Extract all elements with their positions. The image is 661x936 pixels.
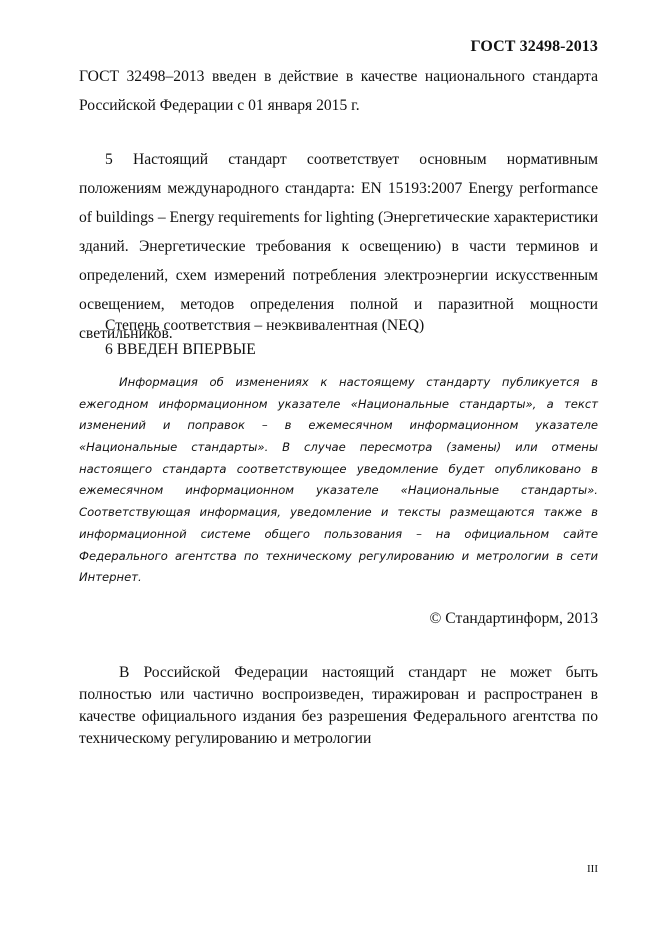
document-page: ГОСТ 32498-2013 ГОСТ 32498–2013 введен в… bbox=[0, 0, 661, 936]
rights-line: качестве официального издания без разреш… bbox=[79, 706, 598, 728]
info-line: «Национальные стандарты». В случае перес… bbox=[79, 437, 598, 459]
intro-paragraph: ГОСТ 32498–2013 введен в действие в каче… bbox=[79, 62, 598, 120]
item-6-heading: 6 ВВЕДЕН ВПЕРВЫЕ bbox=[105, 338, 256, 362]
info-line: изменений и поправок – в ежемесячном инф… bbox=[79, 415, 598, 437]
info-line: ежемесячном информационном указателе «На… bbox=[79, 480, 598, 502]
rights-line: техническому регулированию и метрологии bbox=[79, 728, 598, 750]
reproduction-rights-notice: В Российской Федерации настоящий стандар… bbox=[79, 662, 598, 750]
amendments-info-notice: Информация об изменениях к настоящему ст… bbox=[79, 372, 598, 589]
intro-line: Российской Федерации с 01 января 2015 г. bbox=[79, 91, 598, 120]
info-line: ежегодном информационном указателе «Наци… bbox=[79, 394, 598, 416]
rights-line: полностью или частично воспроизведен, ти… bbox=[79, 684, 598, 706]
document-code-header: ГОСТ 32498-2013 bbox=[471, 38, 598, 56]
copyright-notice: © Стандартинформ, 2013 bbox=[430, 607, 598, 631]
rights-line: В Российской Федерации настоящий стандар… bbox=[79, 662, 598, 684]
info-line: Федерального агентства по техническому р… bbox=[79, 546, 598, 568]
info-line: информационной системе общего пользовани… bbox=[79, 524, 598, 546]
info-line: Информация об изменениях к настоящему ст… bbox=[79, 372, 598, 394]
item-5-line: положениям международного стандарта: EN … bbox=[79, 174, 598, 203]
page-number: III bbox=[587, 863, 598, 875]
info-line: Интернет. bbox=[79, 567, 598, 589]
info-line: Соответствующая информация, уведомление … bbox=[79, 502, 598, 524]
item-5-line: 5 Настоящий стандарт соответствует основ… bbox=[79, 145, 598, 174]
item-5-line: определений, схем измерений потребления … bbox=[79, 261, 598, 290]
intro-line: ГОСТ 32498–2013 введен в действие в каче… bbox=[79, 62, 598, 91]
item-5-line: of buildings – Energy requirements for l… bbox=[79, 203, 598, 232]
item-5-line: зданий. Энергетические требования к осве… bbox=[79, 232, 598, 261]
info-line: настоящего стандарта соответствующее уве… bbox=[79, 459, 598, 481]
conformity-degree: Степень соответствия – неэквивалентная (… bbox=[105, 314, 424, 338]
